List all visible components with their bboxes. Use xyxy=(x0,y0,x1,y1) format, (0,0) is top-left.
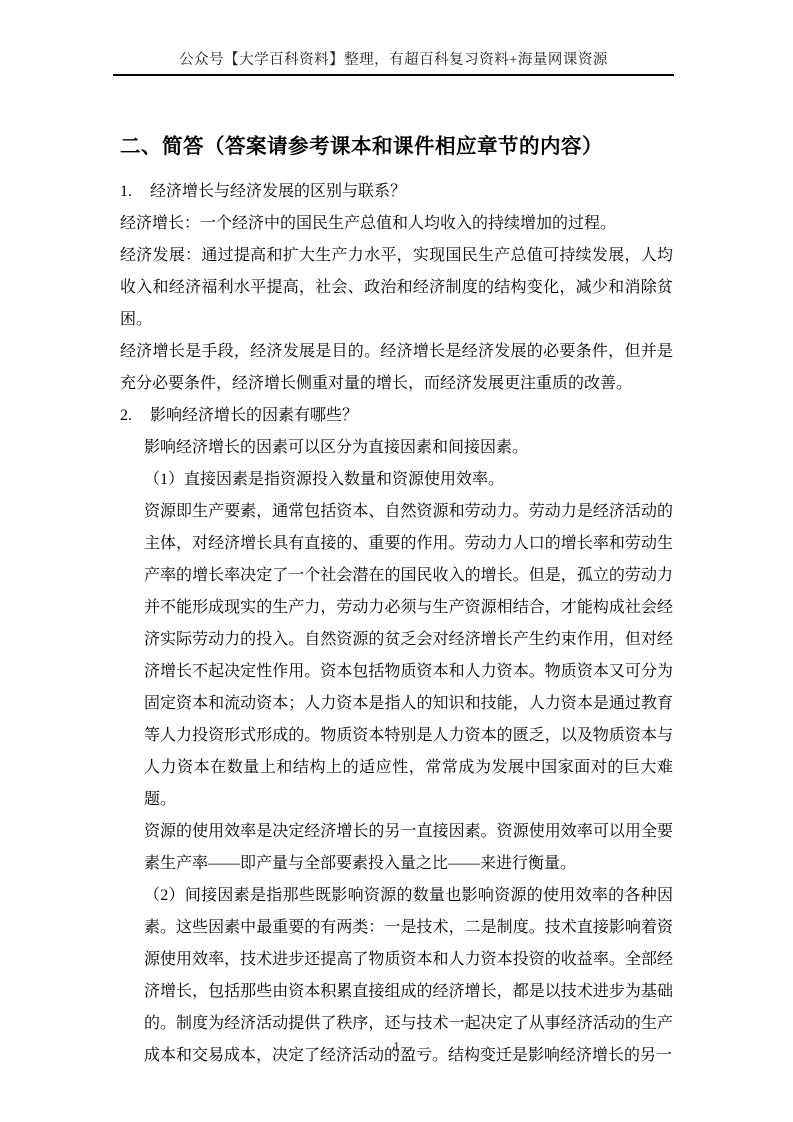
answer-2-paragraph: （1）直接因素是指资源投入数量和资源使用效率。 xyxy=(144,464,673,496)
section-title: 二、简答（答案请参考课本和课件相应章节的内容） xyxy=(120,134,673,161)
question-2-number: 2. xyxy=(120,400,150,432)
page-footer: 1 xyxy=(0,1038,793,1056)
question-block-1: 1. 经济增长与经济发展的区别与联系？ 经济增长：一个经济中的国民生产总值和人均… xyxy=(120,176,673,400)
question-1-text: 经济增长与经济发展的区别与联系？ xyxy=(150,176,673,208)
answer-1-paragraph: 经济发展：通过提高和扩大生产力水平，实现国民生产总值可持续发展，人均收入和经济福… xyxy=(120,240,673,336)
answer-2-paragraph: 资源的使用效率是决定经济增长的另一直接因素。资源使用效率可以用全要素生产率——即… xyxy=(144,816,673,880)
header-text: 公众号【大学百科资料】整理，有超百科复习资料+海量网课资源 xyxy=(113,50,674,70)
question-1-number: 1. xyxy=(120,176,150,208)
page-number: 1 xyxy=(393,1040,400,1055)
question-1: 1. 经济增长与经济发展的区别与联系？ xyxy=(120,176,673,208)
question-2-text: 影响经济增长的因素有哪些？ xyxy=(150,400,673,432)
answer-2-paragraph: 影响经济增长的因素可以区分为直接因素和间接因素。 xyxy=(144,432,673,464)
answer-1: 经济增长：一个经济中的国民生产总值和人均收入的持续增加的过程。 经济发展：通过提… xyxy=(120,208,673,400)
answer-2-paragraph: 资源即生产要素，通常包括资本、自然资源和劳动力。劳动力是经济活动的主体，对经济增… xyxy=(144,496,673,816)
page-header: 公众号【大学百科资料】整理，有超百科复习资料+海量网课资源 xyxy=(113,0,674,76)
answer-2: 影响经济增长的因素可以区分为直接因素和间接因素。 （1）直接因素是指资源投入数量… xyxy=(120,432,673,1072)
answer-1-paragraph: 经济增长：一个经济中的国民生产总值和人均收入的持续增加的过程。 xyxy=(120,208,673,240)
question-block-2: 2. 影响经济增长的因素有哪些？ 影响经济增长的因素可以区分为直接因素和间接因素… xyxy=(120,400,673,1072)
document-page: 公众号【大学百科资料】整理，有超百科复习资料+海量网课资源 二、简答（答案请参考… xyxy=(0,0,793,1122)
answer-1-paragraph: 经济增长是手段，经济发展是目的。经济增长是经济发展的必要条件，但并是充分必要条件… xyxy=(120,336,673,400)
document-body: 二、简答（答案请参考课本和课件相应章节的内容） 1. 经济增长与经济发展的区别与… xyxy=(120,134,673,1072)
question-2: 2. 影响经济增长的因素有哪些？ xyxy=(120,400,673,432)
